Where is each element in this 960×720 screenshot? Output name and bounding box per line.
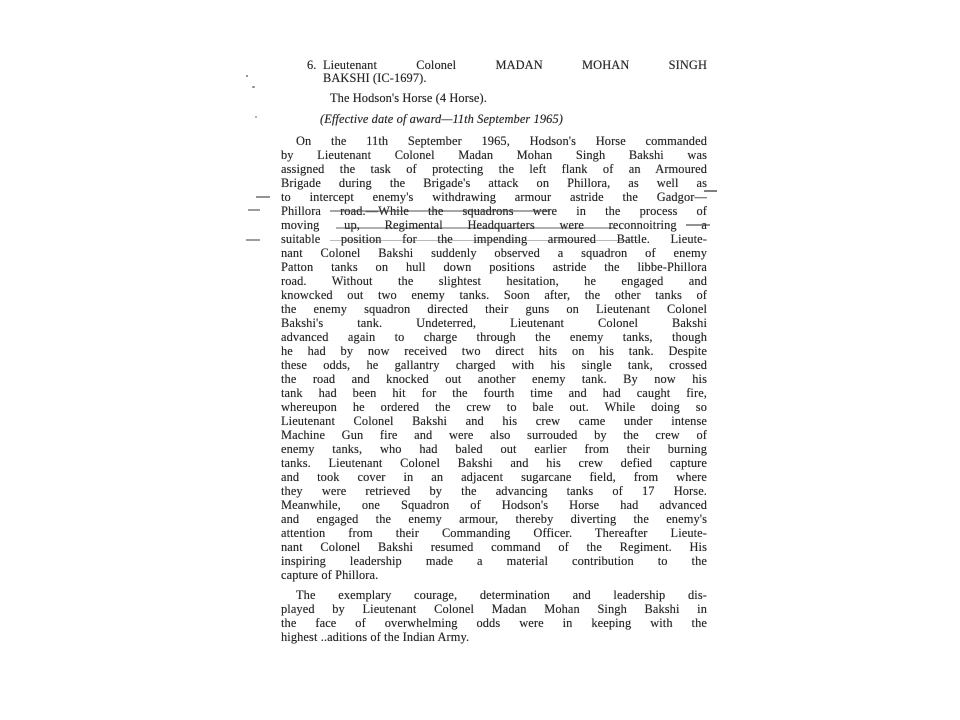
text-line: road. Without the slightest hesitation, …	[281, 274, 707, 288]
text-line: the road and knocked out another enemy t…	[281, 372, 707, 386]
officer-id-line: BAKSHI (IC-1697).	[323, 72, 707, 85]
scan-artifact	[246, 75, 248, 77]
text-line: tank had been hit for the fourth time an…	[281, 386, 707, 400]
text-line: Machine Gun fire and were also surrouded…	[281, 428, 707, 442]
text-line: Patton tanks on hull down positions astr…	[281, 260, 707, 274]
text-line: tanks. Lieutenant Colonel Bakshi and his…	[281, 456, 707, 470]
text-line: the enemy squadron directed their guns o…	[281, 302, 707, 316]
text-line: these odds, he gallantry charged with hi…	[281, 358, 707, 372]
citation-paragraph-1: On the 11th September 1965, Hodson's Hor…	[281, 134, 707, 582]
regiment-line: The Hodson's Horse (4 Horse).	[330, 92, 707, 105]
text-line: the face of overwhelming odds were in ke…	[281, 616, 707, 630]
text-line: The exemplary courage, determination and…	[281, 588, 707, 602]
text-line: advanced again to charge through the ene…	[281, 330, 707, 344]
text-line: he had by now received two direct hits o…	[281, 344, 707, 358]
text-line: moving up, Regimental Headquarters were …	[281, 218, 707, 232]
text-line: attention from their Commanding Officer.…	[281, 526, 707, 540]
officer-title-block: Lieutenant Colonel MADAN MOHAN SINGH BAK…	[323, 59, 707, 85]
scanned-document-page: 6. Lieutenant Colonel MADAN MOHAN SINGH …	[0, 0, 960, 720]
text-line: highest ..aditions of the Indian Army.	[281, 630, 707, 644]
text-line: nant Colonel Bakshi suddenly observed a …	[281, 246, 707, 260]
text-line: Brigade during the Brigade's attack on P…	[281, 176, 707, 190]
citation-heading: 6. Lieutenant Colonel MADAN MOHAN SINGH …	[307, 59, 707, 126]
text-line: suitable position for the impending armo…	[281, 232, 707, 246]
citation-document: 6. Lieutenant Colonel MADAN MOHAN SINGH …	[281, 59, 707, 644]
officer-title-row: 6. Lieutenant Colonel MADAN MOHAN SINGH …	[307, 59, 707, 85]
text-line: nant Colonel Bakshi resumed command of t…	[281, 540, 707, 554]
text-line: Lieutenant Colonel Bakshi and his crew c…	[281, 414, 707, 428]
text-line: Meanwhile, one Squadron of Hodson's Hors…	[281, 498, 707, 512]
text-line: played by Lieutenant Colonel Madan Mohan…	[281, 602, 707, 616]
entry-number: 6.	[307, 59, 323, 85]
scan-artifact	[252, 86, 255, 88]
scan-artifact	[255, 116, 257, 118]
text-line: and took cover in an adjacent sugarcane …	[281, 470, 707, 484]
text-line: inspiring leadership made a material con…	[281, 554, 707, 568]
text-line: enemy tanks, who had baled out earlier f…	[281, 442, 707, 456]
scan-artifact	[248, 209, 260, 211]
text-line: to intercept enemy's withdrawing armour …	[281, 190, 707, 204]
text-line: capture of Phillora.	[281, 568, 707, 582]
text-line: whereupon he ordered the crew to bale ou…	[281, 400, 707, 414]
text-line: Phillora road.—While the squadrons were …	[281, 204, 707, 218]
text-line: by Lieutenant Colonel Madan Mohan Singh …	[281, 148, 707, 162]
text-line: knowcked out two enemy tanks. Soon after…	[281, 288, 707, 302]
text-line: On the 11th September 1965, Hodson's Hor…	[281, 134, 707, 148]
text-line: Bakshi's tank. Undeterred, Lieutenant Co…	[281, 316, 707, 330]
text-line: they were retrieved by the advancing tan…	[281, 484, 707, 498]
scan-artifact	[256, 196, 270, 198]
award-date-line: (Effective date of award—11th September …	[320, 113, 707, 126]
citation-paragraph-2: The exemplary courage, determination and…	[281, 588, 707, 644]
text-line: and engaged the enemy armour, thereby di…	[281, 512, 707, 526]
scan-artifact	[246, 239, 260, 241]
text-line: assigned the task of protecting the left…	[281, 162, 707, 176]
